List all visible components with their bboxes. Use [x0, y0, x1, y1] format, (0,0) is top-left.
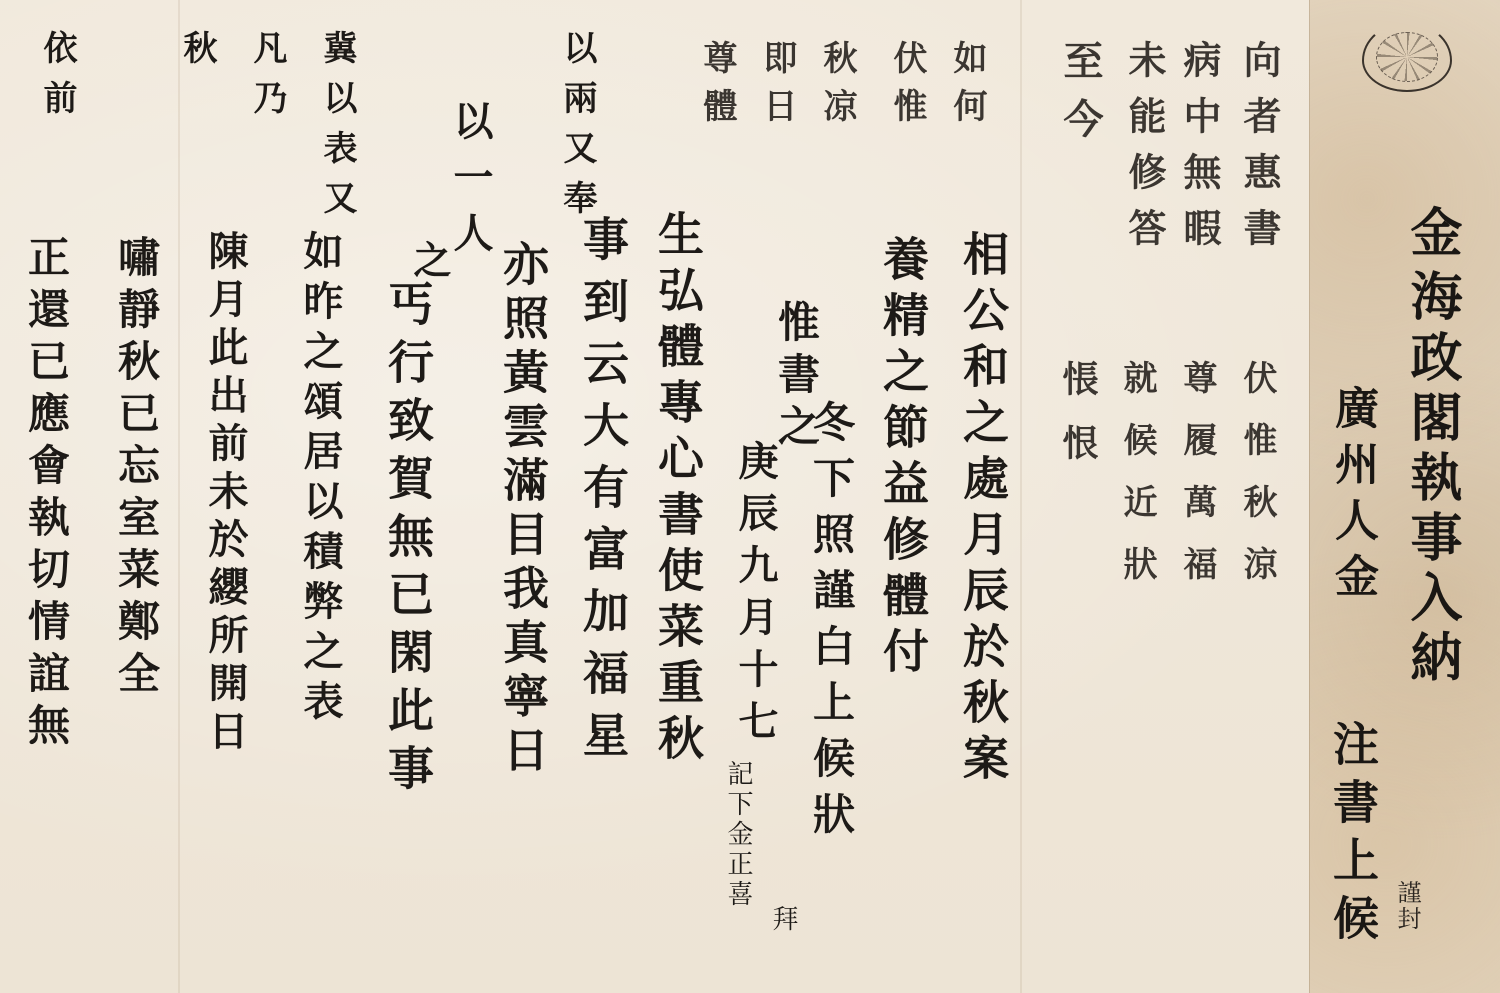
body-column: 秋 — [180, 30, 214, 80]
body-column: 向者惠書 — [1240, 40, 1278, 264]
date-line: 庚辰九月十七 — [735, 440, 775, 752]
address-sender-greeting: 注書上候 — [1330, 720, 1376, 952]
closing-word: 拜 — [770, 905, 796, 935]
body-column: 就候近狀 — [1120, 360, 1154, 608]
body-column: 病中無暇 — [1180, 40, 1218, 264]
body-column: 如昨之頌居以積弊之表 — [300, 230, 340, 730]
body-column: 即日 — [760, 40, 794, 136]
body-column: 養精之節益修體付 — [880, 235, 926, 683]
body-column: 冀以表又 — [320, 30, 354, 230]
body-column: 尊體 — [700, 40, 734, 136]
body-column: 未能修答 — [1125, 40, 1163, 264]
body-column: 秋凉 — [820, 40, 854, 136]
body-column: 伏惟 — [890, 40, 924, 136]
fold-line — [178, 0, 180, 993]
body-column: 以兩又奉 — [560, 30, 594, 230]
body-column: 至今 — [1060, 40, 1100, 156]
body-column: 伏惟秋涼 — [1240, 360, 1274, 608]
fold-line — [1020, 0, 1022, 993]
body-column: 如何 — [950, 40, 984, 136]
body-column: 悵恨 — [1060, 360, 1096, 488]
body-column: 凡乃 — [250, 30, 284, 130]
body-column: 正還已應會執切情誼無 — [25, 235, 67, 755]
body-column: 嘯靜秋已忘室菜鄭全 — [115, 235, 157, 703]
seal-pattern — [1376, 32, 1438, 82]
body-column: 陳月此出前未於纓所開日 — [205, 230, 245, 758]
address-recipient-place: 金海 — [1405, 205, 1457, 333]
address-seal-note: 謹封 — [1395, 880, 1419, 932]
address-sender: 廣州人金 — [1330, 385, 1374, 609]
body-column: 生弘體專心書使菜重秋 — [655, 210, 701, 770]
signature: 記下金正喜 — [725, 760, 751, 910]
round-seal-icon — [1362, 22, 1452, 92]
body-column: 尊履萬福 — [1180, 360, 1214, 608]
body-column: 亦照黃雲滿目我真寧日 — [500, 240, 546, 780]
body-column: 丐行致賀無已閑此事 — [385, 280, 431, 802]
body-column: 以一人 — [450, 100, 490, 268]
body-column: 相公和之處月辰於秋案 — [960, 230, 1006, 790]
address-recipient-title: 政閣執事入納 — [1405, 330, 1457, 690]
body-column: 依前 — [40, 30, 74, 130]
body-column: 冬下照謹白上候狀 — [810, 400, 852, 848]
letter-document: 金海 政閣執事入納 廣州人金 注書上候 謹封 向者惠書 病中無暇 未能修答 至今… — [0, 0, 1500, 993]
body-column: 事到云大有富加福星 — [580, 215, 626, 773]
